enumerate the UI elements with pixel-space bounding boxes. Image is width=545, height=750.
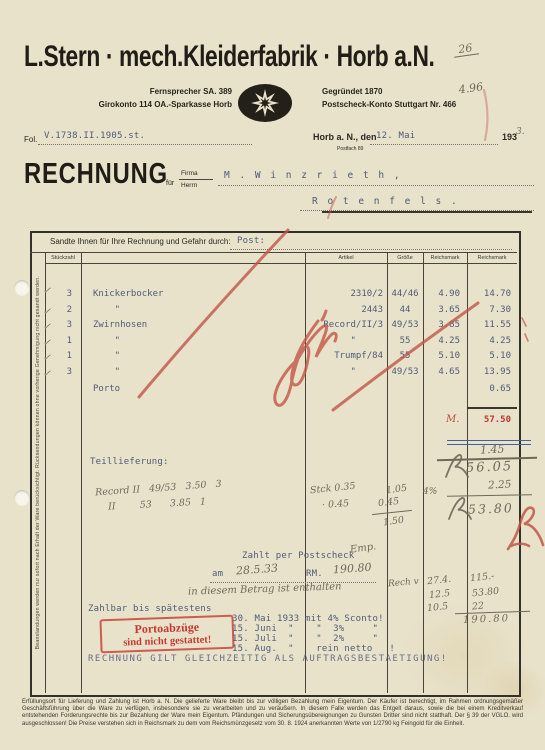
table-header-divider (45, 263, 517, 264)
row-qty: 3 (45, 367, 72, 377)
total-rule (467, 407, 517, 409)
row-qty: 1 (45, 351, 72, 361)
founded-line: Gegründet 1870 (322, 85, 456, 98)
order-confirmation-line: RECHNUNG GILT GLEICHZEITIG ALS AUFTRAGSB… (88, 654, 448, 664)
scanned-invoice-page: { "colors":{"paper":"#e9e2cb","typed_ink… (0, 0, 545, 750)
row-desc: Zwirnhosen (93, 320, 147, 330)
dispatch-ruled-line (230, 248, 512, 250)
doc-title: RECHNUNG (24, 158, 168, 191)
terms-line: 15. Aug. " rein netto ! (232, 644, 395, 654)
row-size: 55 (387, 336, 423, 346)
row-price: 4.25 (423, 336, 460, 346)
row-qty: 1 (45, 336, 72, 346)
row-amount: 0.65 (467, 384, 511, 394)
customer-name-ruled-line (218, 184, 534, 186)
rm-label: RM. (306, 569, 323, 579)
letterhead-left: Fernsprecher SA. 389 Girokonto 114 OA.-S… (40, 85, 232, 111)
row-size: 55 (387, 351, 423, 361)
row-qty: 3 (45, 320, 72, 330)
date-ruled-line (370, 143, 498, 145)
row-article: " (307, 336, 383, 346)
row-price: 3.65 (423, 305, 460, 315)
row-price: 3.85 (423, 320, 460, 330)
row-amount: 14.70 (467, 289, 511, 299)
due-label: Zahlbar bis spätestens (88, 604, 212, 614)
hand-entry-date: 12.5 (428, 588, 450, 601)
row-desc: Knickerbocker (93, 289, 163, 299)
customer-place: R o t e n f e l s . (312, 196, 459, 207)
year-printed: 193 (502, 132, 517, 142)
hand-subtotal: 56.05 (466, 459, 514, 476)
customer-place-underline (322, 211, 532, 213)
row-desc: Porto (93, 384, 120, 394)
row-amount: 11.55 (467, 320, 511, 330)
row-amount: 5.10 (467, 351, 511, 361)
phone-line: Fernsprecher SA. 389 (40, 85, 232, 98)
hand-entry-amount: 22 (471, 600, 484, 612)
customer-name: M . W i n z r i e t h , (224, 170, 402, 181)
hand-entry-date: 10.5 (426, 601, 448, 614)
row-desc: " (93, 351, 120, 361)
row-price: 4.90 (423, 289, 460, 299)
row-article: Trumpf/84 (307, 351, 383, 361)
firma-herrn-divider (179, 179, 213, 180)
hand-deduction: 1.45 (480, 442, 505, 456)
table-row: ✓ 3 Zwirnhosen Record/II/3 49/53 3.85 11… (0, 320, 545, 335)
partial-delivery-label: Teillieferung: (90, 457, 169, 467)
row-article: " (307, 367, 383, 377)
hand-final: 53.80 (468, 500, 514, 517)
table-top-divider (30, 252, 517, 253)
dispatch-method: Post: (237, 236, 265, 246)
postfach-label: Postfach 89 (337, 146, 363, 152)
total-red: 57.50 (467, 415, 511, 425)
hand-partial-line2-mid: · 0.45 (322, 498, 350, 511)
col-header-qty: Stückzahl (45, 255, 81, 261)
table-row: ✓ 3 " " 49/53 4.65 13.95 (0, 367, 545, 382)
hand-side-b: 0.45 (377, 496, 399, 509)
terms-line: 15. Juni " " 3% " (232, 624, 378, 634)
am-label: am (212, 569, 223, 579)
fol-value: V.1738.II.1905.st. (44, 131, 145, 141)
punch-hole (14, 490, 30, 506)
row-qty: 3 (45, 289, 72, 299)
table-row: ✓ 1 " " 55 4.25 4.25 (0, 336, 545, 351)
fol-label: Fol. (24, 135, 37, 144)
place-date-label: Horb a. N., den (313, 132, 377, 142)
red-currency-mark: M. (446, 414, 459, 425)
row-amount: 13.95 (467, 367, 511, 377)
corner-note-bottom: 4.96 (458, 80, 484, 96)
firma-label: Firma (181, 170, 198, 177)
row-size: 49/53 (387, 320, 423, 330)
row-desc: " (93, 367, 120, 377)
postscheck-line: Postscheck-Konto Stuttgart Nr. 466 (322, 98, 456, 111)
row-desc: " (93, 336, 120, 346)
fine-print: Erfüllungsort für Lieferung und Zahlung … (22, 699, 523, 728)
herrn-label: Herrn (181, 182, 197, 189)
row-amount: 4.25 (467, 336, 511, 346)
table-row: ✓ 2 " 2443 44 3.65 7.30 (0, 305, 545, 320)
col-header-rm2: Reichsmark (467, 255, 517, 261)
row-price: 5.10 (423, 351, 460, 361)
row-size: 44 (387, 305, 423, 315)
terms-line: 15. Juli " " 2% " (232, 634, 378, 644)
hand-skonto-amount: 2.25 (488, 478, 512, 491)
fol-ruled-line (38, 143, 252, 145)
row-price: 4.65 (423, 367, 460, 377)
row-article: 2310/2 (307, 289, 383, 299)
table-row: ✓ 3 Knickerbocker 2310/2 44/46 4.90 14.7… (0, 289, 545, 304)
row-article: 2443 (307, 305, 383, 315)
row-size: 49/53 (387, 367, 423, 377)
row-article: Record/II/3 (307, 320, 383, 330)
date-typed: 12. Mai (376, 131, 415, 141)
hand-payment-amount: 190.80 (333, 561, 372, 577)
star-logo-icon (237, 83, 293, 123)
payment-method: Zahlt per Postscheck (242, 551, 354, 561)
row-size: 44/46 (387, 289, 423, 299)
col-header-rm1: Reichsmark (423, 255, 467, 261)
company-title: L.Stern · mech.Kleiderfabrik · Horb a.N. (24, 40, 434, 74)
giro-line: Girokonto 114 OA.-Sparkasse Horb (40, 98, 232, 111)
punch-hole (14, 280, 30, 296)
terms-line: 30. Mai 1933 mit 4% Sconto! (232, 614, 384, 624)
col-header-article: Artikel (305, 255, 387, 261)
row-qty: 2 (45, 305, 72, 315)
row-amount: 7.30 (467, 305, 511, 315)
corner-note-top: 26 (452, 40, 478, 57)
hand-payment-total: 190.80 (463, 613, 510, 626)
col-header-size: Größe (387, 255, 423, 261)
table-row: Porto 0.65 (0, 384, 545, 399)
fuer-label: für (166, 180, 174, 187)
hand-skonto-pct: 4% (423, 487, 437, 497)
table-row: ✓ 1 " Trumpf/84 55 5.10 5.10 (0, 351, 545, 366)
row-desc: " (93, 305, 120, 315)
dispatch-label: Sandte Ihnen für Ihre Rechnung und Gefah… (50, 237, 231, 246)
letterhead-right: Gegründet 1870 Postscheck-Konto Stuttgar… (322, 85, 456, 111)
no-postage-deduction-stamp: Portoabzüge sind nicht gestattet! (99, 615, 234, 654)
year-handwritten: 3. (516, 127, 525, 137)
